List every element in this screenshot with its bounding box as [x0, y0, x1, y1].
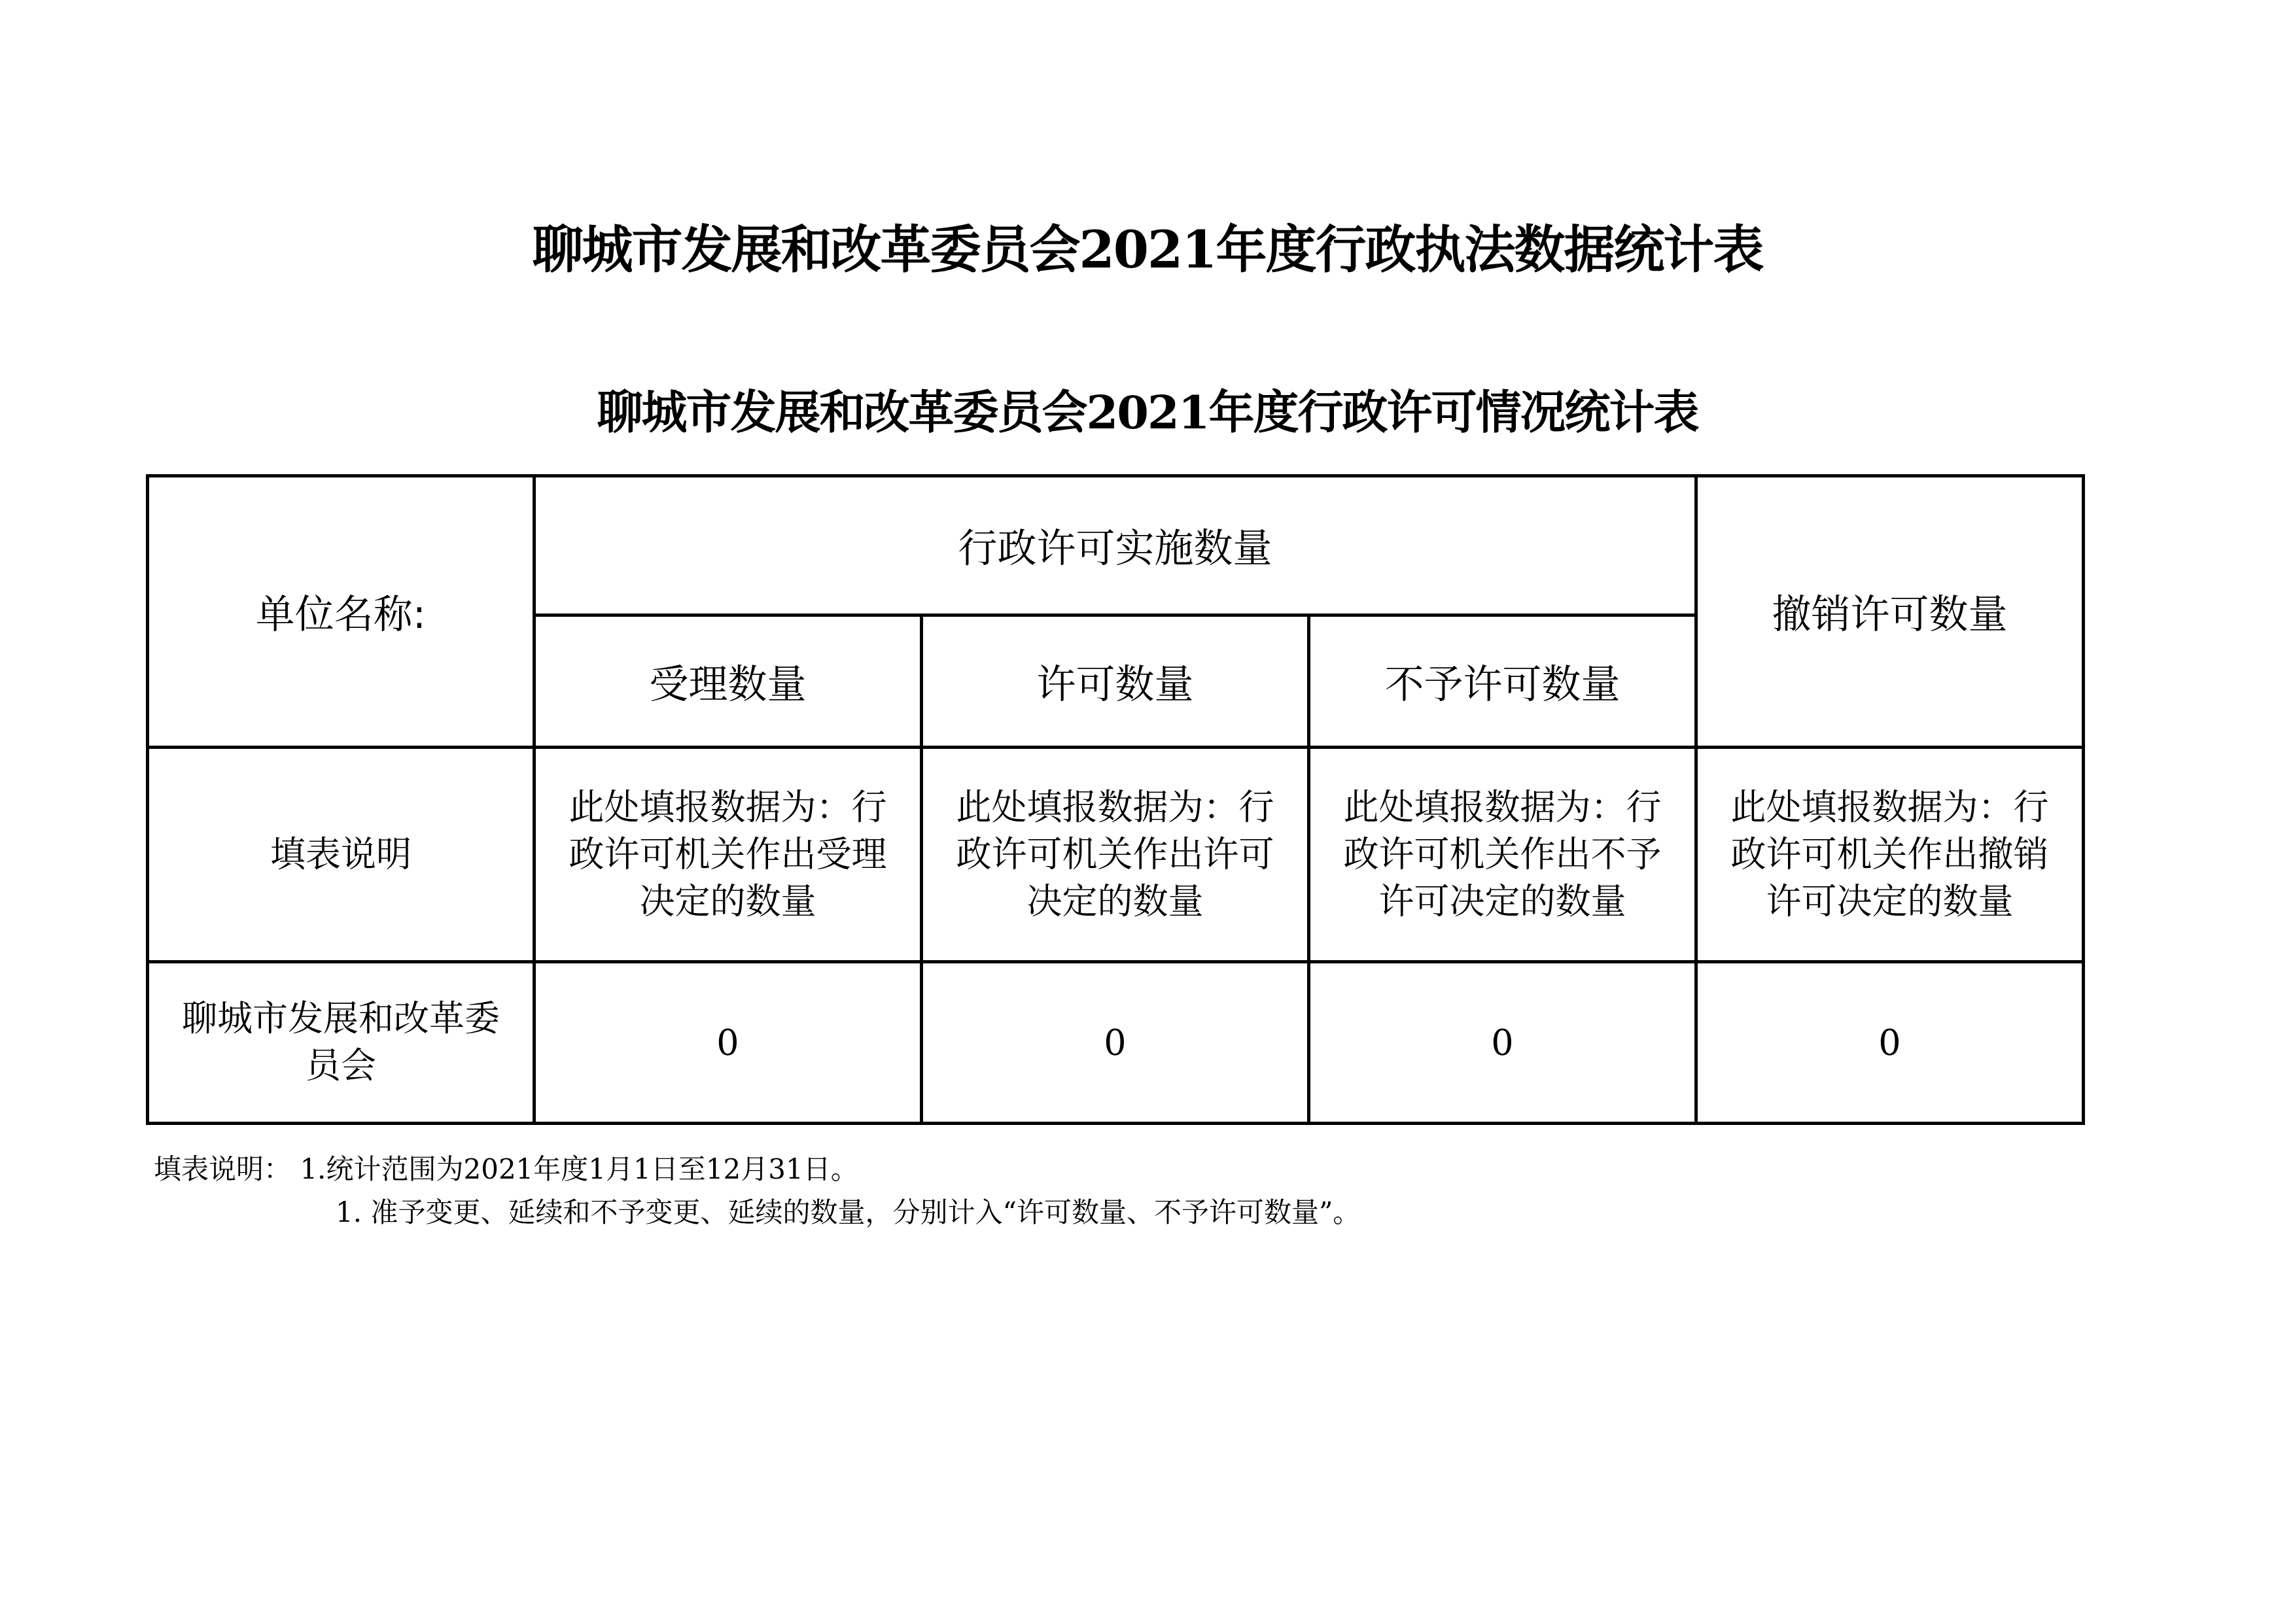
denied-header: 不予许可数量	[1308, 615, 1696, 748]
table-row: 聊城市发展和改革委员会 0 0 0 0	[148, 962, 2084, 1124]
main-title: 聊城市发展和改革委员会2021年度行政执法数据统计表	[0, 209, 2295, 283]
explanation-label: 填表说明	[148, 748, 534, 962]
unit-name-header: 单位名称:	[148, 476, 534, 748]
footnote-item-2: 1. 准予变更、延续和不予变更、延续的数量，分别计入“许可数量、不予许可数量”。	[154, 1191, 1360, 1234]
denied-count: 0	[1308, 962, 1696, 1124]
footnote-item-1: 1.统计范围为2021年度1月1日至12月31日。	[300, 1153, 858, 1185]
explanation-row: 填表说明 此处填报数据为：行政许可机关作出受理决定的数量 此处填报数据为：行政许…	[148, 748, 2084, 962]
sub-title: 聊城市发展和改革委员会2021年度行政许可情况统计表	[0, 376, 2295, 442]
permitted-header: 许可数量	[921, 615, 1308, 748]
revoked-count: 0	[1696, 962, 2083, 1124]
footnotes: 填表说明： 1.统计范围为2021年度1月1日至12月31日。 1. 准予变更、…	[154, 1148, 1360, 1234]
implementation-group-header: 行政许可实施数量	[534, 476, 1696, 615]
header-row-1: 单位名称: 行政许可实施数量 撤销许可数量	[148, 476, 2084, 615]
permit-statistics-table: 单位名称: 行政许可实施数量 撤销许可数量 受理数量 许可数量 不予许可数量 填…	[146, 474, 2085, 1125]
revocation-header: 撤销许可数量	[1696, 476, 2083, 748]
permitted-count: 0	[921, 962, 1308, 1124]
footnote-line-1: 填表说明： 1.统计范围为2021年度1月1日至12月31日。	[154, 1148, 1360, 1191]
unit-name-cell: 聊城市发展和改革委员会	[148, 962, 534, 1124]
footnote-label: 填表说明：	[154, 1153, 291, 1185]
explanation-revoked: 此处填报数据为：行政许可机关作出撤销许可决定的数量	[1696, 748, 2083, 962]
accepted-count: 0	[534, 962, 921, 1124]
explanation-accepted: 此处填报数据为：行政许可机关作出受理决定的数量	[534, 748, 921, 962]
explanation-permitted: 此处填报数据为：行政许可机关作出许可决定的数量	[921, 748, 1308, 962]
explanation-denied: 此处填报数据为：行政许可机关作出不予许可决定的数量	[1308, 748, 1696, 962]
accepted-header: 受理数量	[534, 615, 921, 748]
